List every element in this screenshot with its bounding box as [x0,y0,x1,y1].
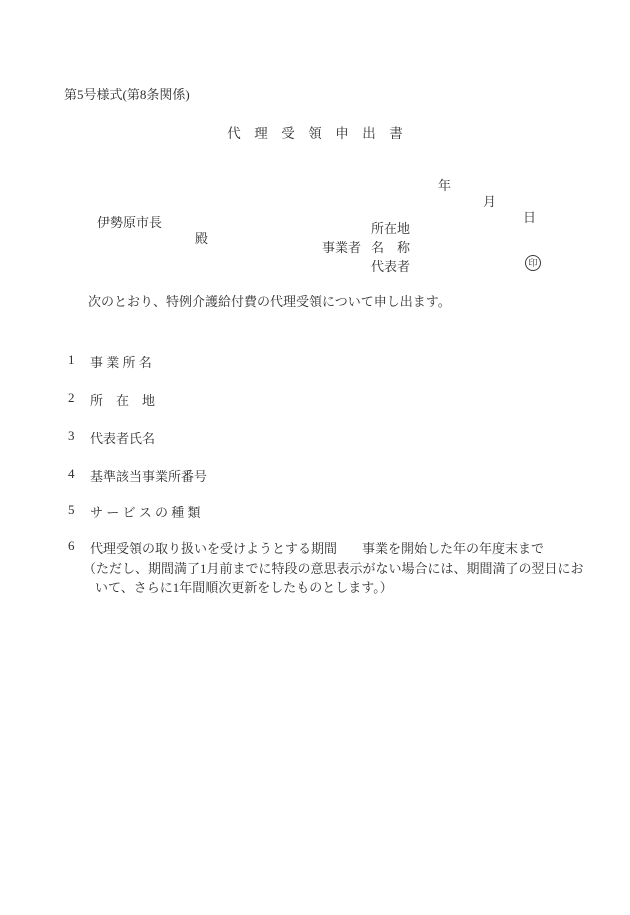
item-number: 3 [68,428,75,444]
item-row-1: 1 事 業 所 名 [0,352,630,369]
document-title: 代 理 受 領 申 出 書 [0,122,630,142]
item-number: 5 [68,502,75,518]
item-label: サ ー ビ ス の 種 類 [90,502,201,521]
date-year-label: 年 [438,175,451,194]
item-label: 基準該当事業所番号 [90,466,207,485]
item-number: 4 [68,466,75,482]
item-number: 1 [68,352,75,368]
item-label: 事 業 所 名 [90,352,152,371]
item-6-period-value: 事業を開始した年の年度末まで [362,538,544,557]
document-page: 第5号様式(第8条関係) 代 理 受 領 申 出 書 年 月 日 伊勢原市長 殿… [0,0,630,915]
recipient-honorific: 殿 [195,228,208,247]
item-number: 6 [68,538,75,554]
recipient-line: 伊勢原市長 殿 [0,196,630,212]
item-number: 2 [68,390,75,406]
form-number: 第5号様式(第8条関係) [64,84,190,103]
item-row-3: 3 代表者氏名 [0,428,630,445]
item-label: 代理受領の取り扱いを受けようとする期間 [90,538,337,557]
applicant-address-label: 所在地 [371,218,410,237]
item-label: 代表者氏名 [90,428,155,447]
item-row-2: 2 所 在 地 [0,390,630,407]
applicant-name-label: 名 称 [371,237,410,256]
item-row-5: 5 サ ー ビ ス の 種 類 [0,502,630,519]
intro-sentence: 次のとおり、特例介護給付費の代理受領について申し出ます。 [88,291,451,310]
seal-icon: 印 [525,255,541,271]
date-line: 年 月 日 [0,159,630,175]
recipient-name: 伊勢原市長 [97,212,162,231]
applicant-group-label: 事業者 [322,237,361,256]
item-6-note-line-1: （ただし、期間満了1月前までに特段の意思表示がない場合には、期間満了の翌日にお [83,558,584,577]
item-label: 所 在 地 [90,390,155,409]
item-row-4: 4 基準該当事業所番号 [0,466,630,483]
item-6-note-line-2: いて、さらに1年間順次更新をしたものとします。） [95,577,393,596]
item-row-6: 6 代理受領の取り扱いを受けようとする期間 事業を開始した年の年度末まで [0,538,630,555]
applicant-representative-label: 代表者 [371,256,410,275]
